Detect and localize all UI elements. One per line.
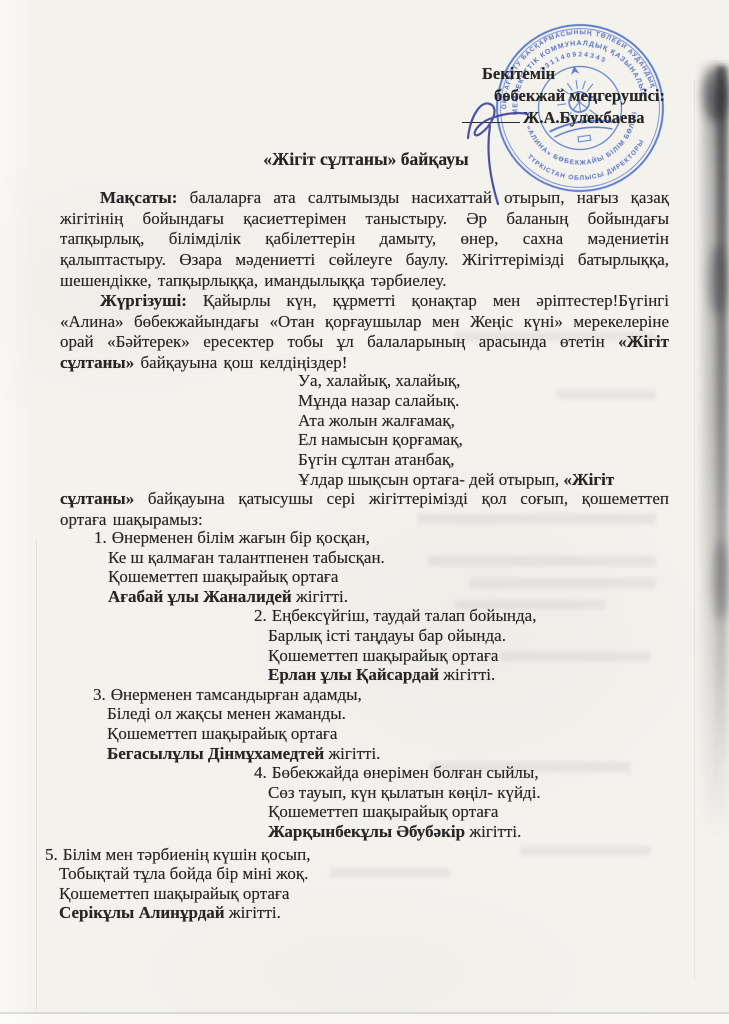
handwritten-signature [440, 60, 680, 220]
scan-smudge-core [717, 66, 727, 766]
scan-crease-line [36, 540, 37, 1010]
contestant-name-line: Ерлан ұлы Қайсардай жігітті. [268, 665, 680, 685]
verse-line: Ата жолын жалғамақ, [298, 411, 614, 431]
verse-line: Уа, халайық, халайық, [298, 371, 614, 391]
purpose-label: Мақсаты: [100, 188, 177, 207]
contestant-verse: Қошеметтеп шақырайық ортаға [268, 646, 680, 666]
contestant-name-line: Ағабай ұлы Жаналидей жігітті. [108, 587, 680, 607]
page-bottom-margin [0, 1014, 729, 1024]
contestant-verse: Қошеметтеп шақырайық ортаға [107, 724, 680, 744]
scan-smudge-blob [713, 540, 729, 620]
contestant-verse: Өнерменен тамсандырған адамды, [111, 685, 362, 704]
item-number: 2. [254, 606, 267, 625]
verse-line: Бүгін сұлтан атанбақ, [298, 450, 614, 470]
signature-loops [468, 103, 528, 138]
contestant-item: 1.Өнерменен білім жағын бір қосқан, Ке ш… [94, 528, 680, 606]
contestant-verse: Еңбексүйгіш, таудай талап бойында, [272, 606, 537, 625]
verse-line: Ұлдар шықсын ортаға- дей отырып, «Жігіт [298, 470, 614, 490]
scan-smudge-blob [709, 245, 727, 315]
contestant-line: 4.Бөбекжайда өнерімен болған сыйлы, [254, 763, 680, 783]
verse-line: Ел намысын қорғамақ, [298, 430, 614, 450]
contestant-line: 1.Өнерменен білім жағын бір қосқан, [94, 528, 680, 548]
item-number: 4. [254, 763, 267, 782]
contestant-name: Ерлан ұлы Қайсардай [268, 665, 439, 684]
contestant-suffix: жігітті. [465, 822, 521, 841]
contestant-verse: Сөз тауып, күн қылатын көңіл- күйді. [268, 783, 680, 803]
verse-line-text: Ұлдар шықсын ортаға- дей отырып, [298, 470, 563, 489]
verse-line-bold: «Жігіт [563, 470, 614, 489]
host-label: Жүргізуші: [100, 291, 187, 310]
contestant-verse: Ке ш қалмаған талантпенен табысқан. [108, 548, 680, 568]
contestant-verse: Барлық істі таңдауы бар ойында. [268, 626, 680, 646]
contestant-suffix: жігітті. [439, 665, 495, 684]
host-text-tail: байқауына қош келдіңіздер! [134, 353, 347, 372]
contestant-item: 5.Білім мен тәрбиенің күшін қосып, Тобық… [45, 845, 680, 923]
contestant-name-line: Жарқынбекұлы Әбубәкір жігітті. [268, 822, 680, 842]
contestant-item: 2.Еңбексүйгіш, таудай талап бойында, Бар… [254, 606, 680, 684]
contestant-name: Ағабай ұлы Жаналидей [108, 587, 292, 606]
item-number: 5. [45, 845, 58, 864]
contestant-verse: Қошеметтеп шақырайық ортаға [268, 802, 680, 822]
verse-line: Мұнда назар салайық. [298, 391, 614, 411]
item-number: 1. [94, 528, 107, 547]
contestant-verse: Бөбекжайда өнерімен болған сыйлы, [272, 763, 539, 782]
contestant-line: 2.Еңбексүйгіш, таудай талап бойында, [254, 606, 680, 626]
invite-bold-lead: сұлтаны» [60, 489, 134, 508]
contestant-verse: Білім мен тәрбиенің күшін қосып, [63, 845, 311, 864]
contestant-name: Бегасылұлы Дінмұхамедтей [107, 744, 324, 763]
contestant-line: 5.Білім мен тәрбиенің күшін қосып, [45, 845, 680, 865]
contestant-name: Жарқынбекұлы Әбубәкір [268, 822, 465, 841]
contestant-name-line: Серікұлы Алинұрдай жігітті. [59, 903, 680, 923]
contestant-verse: Қошеметтеп шақырайық ортаға [108, 567, 680, 587]
contestant-verse: Тобықтай тұла бойда бір міні жоқ. [59, 864, 680, 884]
contestant-suffix: жігітті. [324, 744, 380, 763]
contestant-item: 4.Бөбекжайда өнерімен болған сыйлы, Сөз … [254, 763, 680, 841]
host-paragraph: Жүргізуші: Қайырлы күн, құрметті қонақта… [60, 291, 669, 374]
contestant-verse: Біледі ол жақсы менен жаманды. [107, 704, 680, 724]
item-number: 3. [93, 685, 106, 704]
contestants-list: 1.Өнерменен білім жағын бір қосқан, Ке ш… [60, 528, 680, 923]
opening-verse: Уа, халайық, халайық, Мұнда назар салайы… [298, 371, 614, 490]
contestant-name: Серікұлы Алинұрдай [59, 903, 225, 922]
contestant-suffix: жігітті. [225, 903, 281, 922]
contestant-verse: Өнерменен білім жағын бір қосқан, [112, 528, 370, 547]
contestant-name-line: Бегасылұлы Дінмұхамедтей жігітті. [107, 744, 680, 764]
contestant-item: 3.Өнерменен тамсандырған адамды, Біледі … [93, 685, 680, 763]
signature-descender [488, 126, 498, 204]
invite-text: байқауына қатысушы сері жігіттерімізді қ… [60, 489, 669, 529]
contestant-line: 3.Өнерменен тамсандырған адамды, [93, 685, 680, 705]
contestant-suffix: жігітті. [292, 587, 348, 606]
invite-paragraph: сұлтаны» байқауына қатысушы сері жігітте… [60, 489, 669, 530]
contestant-verse: Қошеметтеп шақырайық ортаға [59, 884, 680, 904]
scanned-document-page: ОҚУ-АҒАРТУ БАСҚАРМАСЫНЫҢ ТӨЛЕБИ АУДАНДЫҚ… [0, 0, 729, 1024]
scan-smudge-blob [703, 66, 729, 122]
